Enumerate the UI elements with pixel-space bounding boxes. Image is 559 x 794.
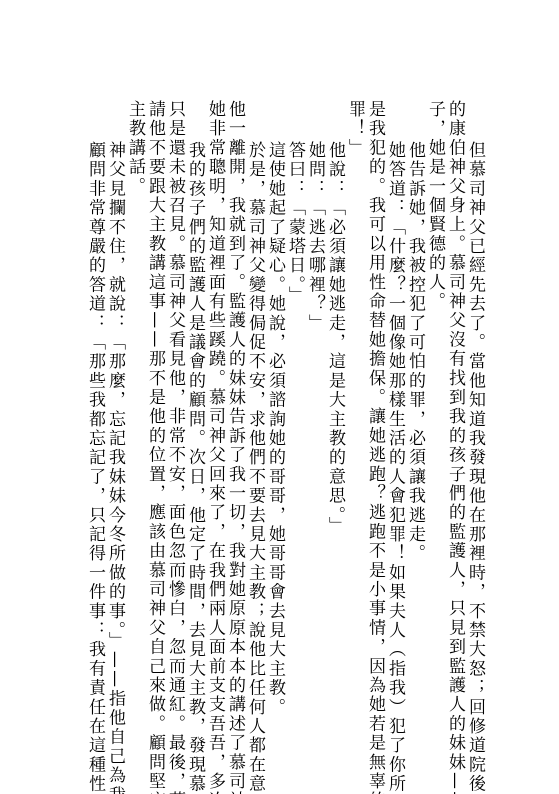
vertical-text-body: 但慕司神父已經先去了。當他知道我發現他在那裡時，不禁大怒；回修道院後，把怒氣發洩… <box>85 100 485 700</box>
document-page: 但慕司神父已經先去了。當他知道我發現他在那裡時，不禁大怒；回修道院後，把怒氣發洩… <box>0 0 559 794</box>
text-column: 他一離開，我就到了。監護人的妹妹告訴了我一切，我對她原原本本的講述了慕司神父對我… <box>225 100 245 700</box>
text-column: 的康伯神父身上。慕司神父沒有找到我的孩子們的監護人，只見到監護人的妹妹——一個帳… <box>445 100 465 700</box>
text-column: 請他不要跟大主教講這事——那不是他的位置，應該由慕司神父自己來做。顧問堅定不移，… <box>145 100 165 700</box>
text-column: 她答道：「什麼？一個像她那樣生活的人會犯罪！如果夫人（指我）犯了你所說的罪，我寧… <box>385 100 405 700</box>
text-column: 是我犯的。我可以用性命替她擔保。讓她逃跑？逃跑不是小事情，因為她若是無辜的，逃跑… <box>365 100 385 700</box>
text-column: 主教講話。 <box>125 100 145 700</box>
text-column: 答曰：「蒙塔日。」 <box>285 100 305 700</box>
text-column: 只是還未被召見。慕司神父看見他，非常不安，面色忽而慘白，忽而通紅。最後，慕司神父… <box>165 100 185 700</box>
text-column: 她問：「逃去哪裡？」 <box>305 100 325 700</box>
text-column: 但慕司神父已經先去了。當他知道我發現他在那裡時，不禁大怒；回修道院後，把怒氣發洩… <box>465 100 485 700</box>
text-column: 他告訴她，我被控犯了可怕的罪，必須讓我逃走。 <box>405 100 425 700</box>
text-column: 神父見攔不住，就說：「那麼，忘記我妹妹今冬所做的事。」——指他自己為我引起的一場… <box>105 100 125 700</box>
text-column: 他說：「必須讓她逃走，這是大主教的意思。」 <box>325 100 345 700</box>
text-column: 她非常聰明，知道裡面有些蹊蹺。慕司神父回來了，在我們兩人面前支支吾吾，多次自相矛… <box>205 100 225 700</box>
text-column: 顧問非常尊嚴的答道：「那些我都忘記了，只記得一件事：我有責任在這種性質的事上服事… <box>85 100 105 700</box>
text-column: 這使她起了疑心。她說，必須諮詢她的哥哥，她哥哥會去見大主教。 <box>265 100 285 700</box>
text-column: 子，她是一個賢德的人。 <box>425 100 445 700</box>
text-column: 於是，慕司神父變得侷促不安，求他們不要去見大主教；說他比任何人都在意這事，他自己… <box>245 100 265 700</box>
text-column: 罪！」 <box>345 100 365 700</box>
text-column: 我的孩子們的監護人是議會的顧問。次日，他定了時間，去見大主教，發現慕司神父已經先… <box>185 100 205 700</box>
